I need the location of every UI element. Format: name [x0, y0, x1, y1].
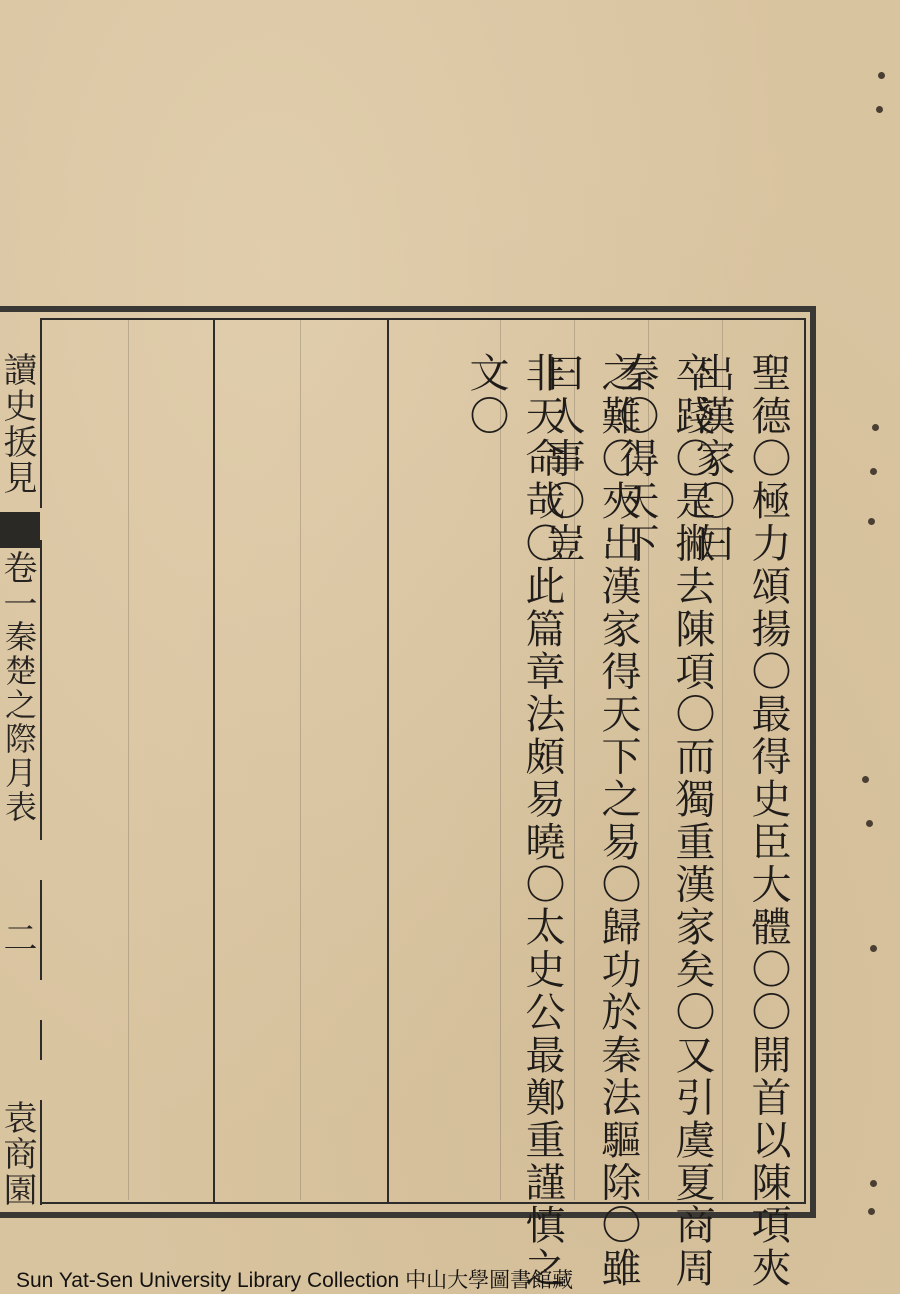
- column-rule: [128, 320, 129, 1200]
- binding-hole: [870, 1180, 877, 1187]
- column-rule: [300, 320, 301, 1200]
- text-column-3: 之難〇夾出漢家得天下之易〇歸功於秦法驅除〇雖曰人事〇豈: [590, 352, 646, 1294]
- binding-hole: [870, 945, 877, 952]
- column-divider: [213, 318, 215, 1204]
- fold-chapter: 卷一: [2, 550, 42, 622]
- column-divider: [387, 318, 389, 1204]
- text-column-2: 卒踐〇是撇去陳項〇而獨重漢家矣〇又引虞夏商周秦〇得天下: [664, 352, 720, 1294]
- binding-hole: [878, 72, 885, 79]
- binding-hole: [868, 518, 875, 525]
- fold-fishtail-block: [0, 512, 40, 548]
- column-rule: [500, 320, 501, 1200]
- binding-hole: [868, 1208, 875, 1215]
- fold-rule: [40, 1020, 42, 1060]
- binding-hole: [866, 820, 873, 827]
- collection-caption: Sun Yat-Sen University Library Collectio…: [16, 1264, 573, 1294]
- fold-publisher: 袁商園: [2, 1100, 42, 1208]
- text-column-4: 非天命哉〇此篇章法頗易曉〇太史公最鄭重謹慎之文〇: [514, 352, 570, 1294]
- fold-page-number: 二: [2, 920, 42, 956]
- binding-hole: [876, 106, 883, 113]
- binding-hole: [872, 424, 879, 431]
- binding-hole: [870, 468, 877, 475]
- fold-section-title: 秦楚之際月表: [2, 620, 42, 824]
- fold-book-title: 讀史㧞見: [2, 352, 42, 496]
- binding-hole: [862, 776, 869, 783]
- text-column-1: 聖德〇極力頌揚〇最得史臣大體〇〇開首以陳項夾出漢家〇曰: [740, 352, 796, 1294]
